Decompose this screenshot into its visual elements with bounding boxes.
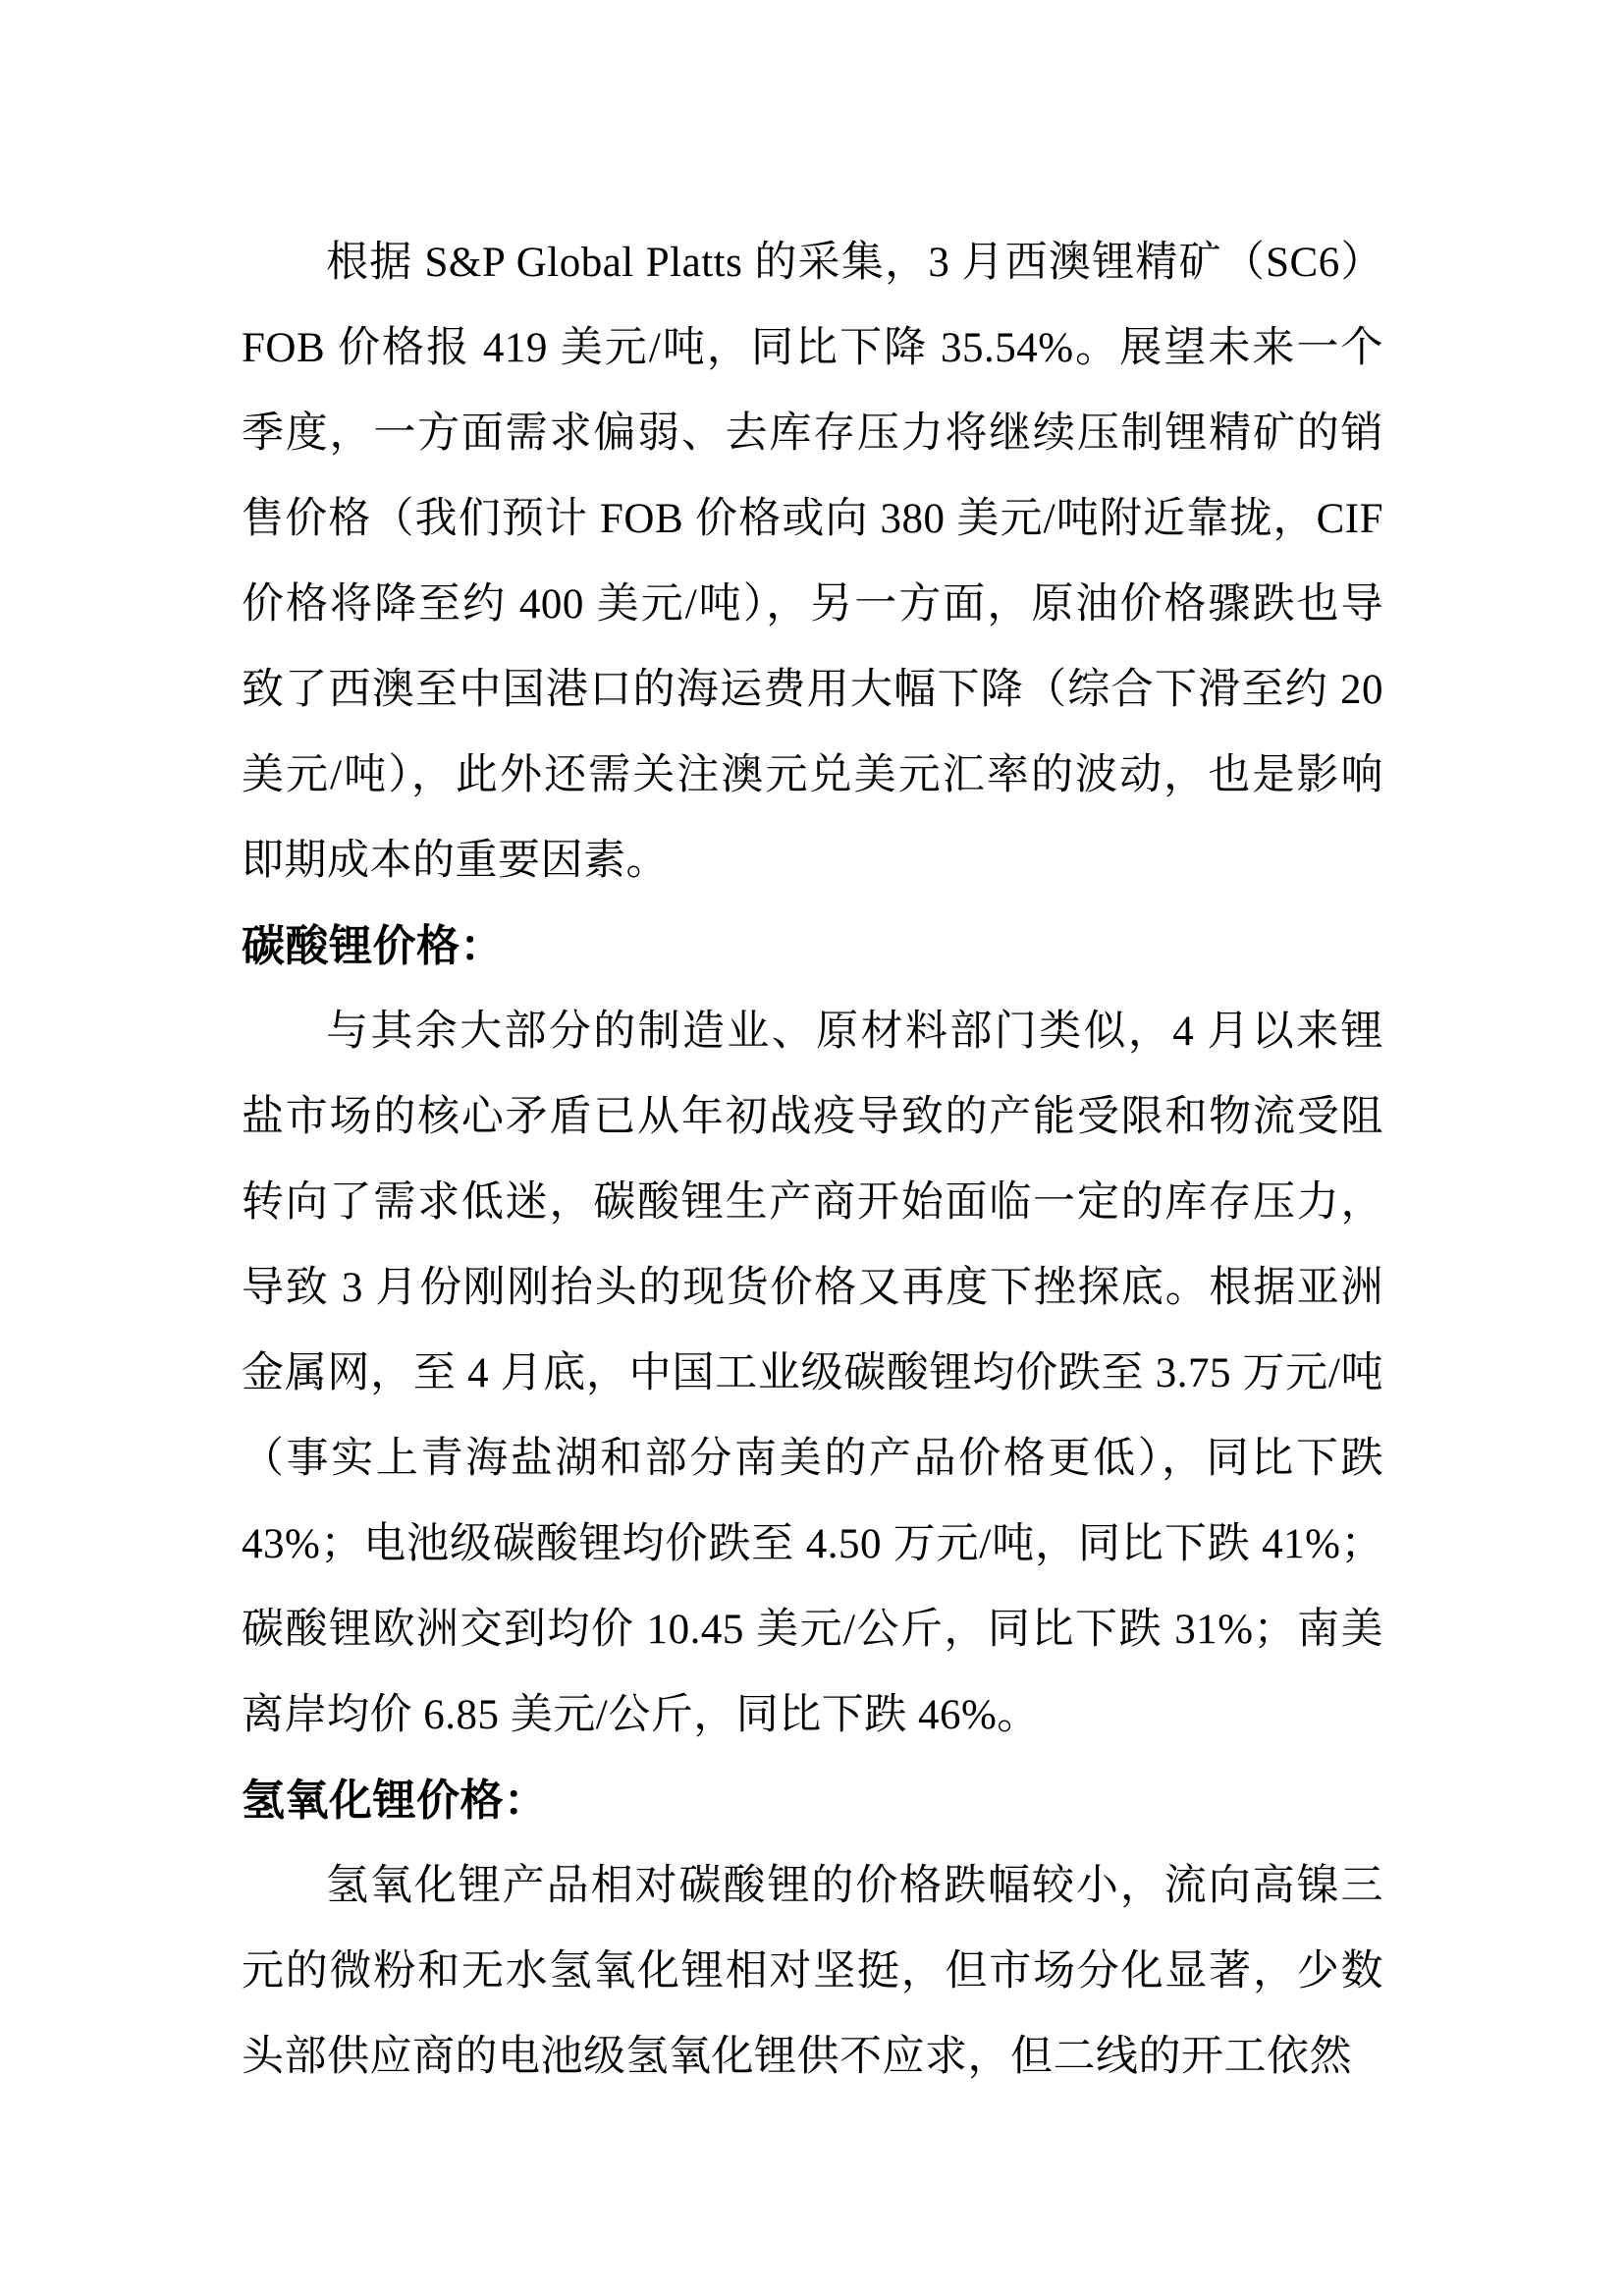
heading-lithium-carbonate-price: 碳酸锂价格： [242,903,1383,989]
paragraph-spodumene-price: 根据 S&P Global Platts 的采集，3 月西澳锂精矿（SC6）FO… [242,220,1383,903]
paragraph-lithium-carbonate-price: 与其余大部分的制造业、原材料部门类似，4 月以来锂盐市场的核心矛盾已从年初战疫导… [242,989,1383,1758]
heading-lithium-hydroxide-price: 氢氧化锂价格： [242,1758,1383,1843]
paragraph-lithium-hydroxide-price: 氢氧化锂产品相对碳酸锂的价格跌幅较小，流向高镍三元的微粉和无水氢氧化锂相对坚挺，… [242,1843,1383,2100]
document-page: 根据 S&P Global Platts 的采集，3 月西澳锂精矿（SC6）FO… [0,0,1623,2296]
